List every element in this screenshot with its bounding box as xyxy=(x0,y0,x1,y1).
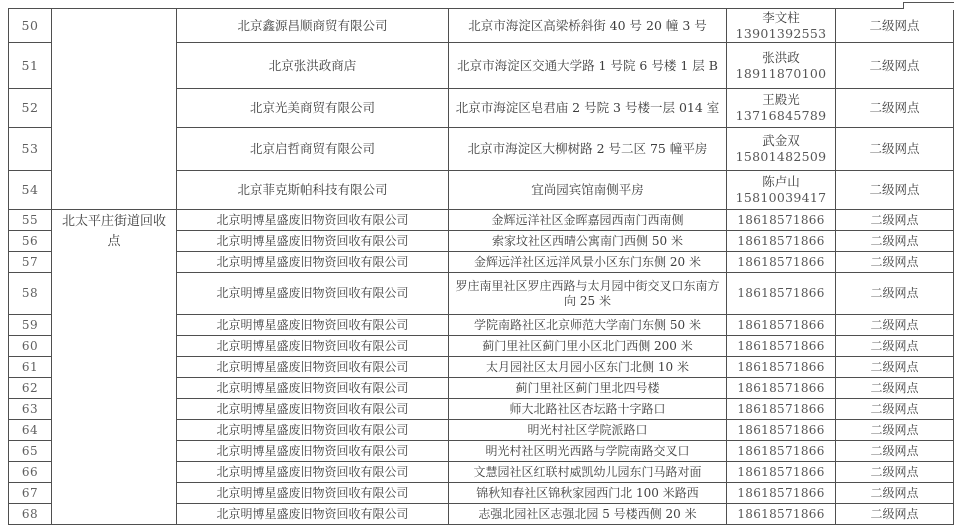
contact-phone-cell: 18618571866 xyxy=(727,231,836,252)
company-cell: 北京明博星盛废旧物资回收有限公司 xyxy=(177,210,449,231)
contact-name: 张洪政 xyxy=(730,50,832,66)
contact-cell: 李文柱13901392553 xyxy=(727,9,836,43)
row-number-cell: 60 xyxy=(9,336,52,357)
company-cell: 北京明博星盛废旧物资回收有限公司 xyxy=(177,504,449,525)
network-level-cell: 二级网点 xyxy=(836,420,954,441)
recycling-points-table: 50北京鑫源昌顺商贸有限公司北京市海淀区高梁桥斜街 40 号 20 幢 3 号李… xyxy=(8,8,954,525)
contact-name: 陈卢山 xyxy=(730,174,832,190)
address-cell: 明光村社区学院派路口 xyxy=(449,420,727,441)
address-cell: 宜尚园宾馆南侧平房 xyxy=(449,171,727,210)
company-cell: 北京明博星盛废旧物资回收有限公司 xyxy=(177,231,449,252)
category-cell: 北太平庄街道回收点 xyxy=(52,210,177,525)
row-number-cell: 50 xyxy=(9,9,52,43)
row-number-cell: 54 xyxy=(9,171,52,210)
address-cell: 索家坟社区西晴公寓南门西侧 50 米 xyxy=(449,231,727,252)
network-level-cell: 二级网点 xyxy=(836,273,954,315)
contact-phone: 15810039417 xyxy=(730,190,832,206)
company-cell: 北京明博星盛废旧物资回收有限公司 xyxy=(177,420,449,441)
network-level-cell: 二级网点 xyxy=(836,462,954,483)
network-level-cell: 二级网点 xyxy=(836,9,954,43)
table-row: 55北太平庄街道回收点北京明博星盛废旧物资回收有限公司金辉远洋社区金晖嘉园西南门… xyxy=(9,210,954,231)
contact-phone: 15801482509 xyxy=(730,149,832,165)
address-cell: 北京市海淀区皂君庙 2 号院 3 号楼一层 014 室 xyxy=(449,89,727,128)
contact-phone-cell: 18618571866 xyxy=(727,483,836,504)
table-body: 50北京鑫源昌顺商贸有限公司北京市海淀区高梁桥斜街 40 号 20 幢 3 号李… xyxy=(9,9,954,525)
row-number-cell: 62 xyxy=(9,378,52,399)
network-level-cell: 二级网点 xyxy=(836,483,954,504)
company-cell: 北京菲克斯帕科技有限公司 xyxy=(177,171,449,210)
contact-phone-cell: 18618571866 xyxy=(727,273,836,315)
company-cell: 北京明博星盛废旧物资回收有限公司 xyxy=(177,336,449,357)
network-level-cell: 二级网点 xyxy=(836,43,954,89)
network-level-cell: 二级网点 xyxy=(836,315,954,336)
contact-cell: 武金双15801482509 xyxy=(727,128,836,171)
address-cell: 北京市海淀区大柳树路 2 号二区 75 幢平房 xyxy=(449,128,727,171)
contact-phone-cell: 18618571866 xyxy=(727,420,836,441)
network-level-cell: 二级网点 xyxy=(836,441,954,462)
address-cell: 北京市海淀区交通大学路 1 号院 6 号楼 1 层 B xyxy=(449,43,727,89)
address-cell: 蓟门里社区蓟门里北四号楼 xyxy=(449,378,727,399)
contact-name: 武金双 xyxy=(730,133,832,149)
address-cell: 北京市海淀区高梁桥斜街 40 号 20 幢 3 号 xyxy=(449,9,727,43)
network-level-cell: 二级网点 xyxy=(836,231,954,252)
contact-phone-cell: 18618571866 xyxy=(727,504,836,525)
row-number-cell: 57 xyxy=(9,252,52,273)
top-border-gap-cover xyxy=(903,7,954,10)
row-number-cell: 53 xyxy=(9,128,52,171)
company-cell: 北京明博星盛废旧物资回收有限公司 xyxy=(177,273,449,315)
contact-name: 王殿光 xyxy=(730,92,832,108)
network-level-cell: 二级网点 xyxy=(836,171,954,210)
company-cell: 北京明博星盛废旧物资回收有限公司 xyxy=(177,399,449,420)
address-cell: 太月园社区太月园小区东门北侧 10 米 xyxy=(449,357,727,378)
contact-phone-cell: 18618571866 xyxy=(727,462,836,483)
network-level-cell: 二级网点 xyxy=(836,252,954,273)
network-level-cell: 二级网点 xyxy=(836,210,954,231)
contact-phone-cell: 18618571866 xyxy=(727,357,836,378)
address-cell: 志强北园社区志强北园 5 号楼西侧 20 米 xyxy=(449,504,727,525)
network-level-cell: 二级网点 xyxy=(836,504,954,525)
contact-phone-cell: 18618571866 xyxy=(727,399,836,420)
row-number-cell: 58 xyxy=(9,273,52,315)
row-number-cell: 59 xyxy=(9,315,52,336)
table-row: 50北京鑫源昌顺商贸有限公司北京市海淀区高梁桥斜街 40 号 20 幢 3 号李… xyxy=(9,9,954,43)
network-level-cell: 二级网点 xyxy=(836,357,954,378)
address-cell: 文慧园社区红联村威凯幼儿园东门马路对面 xyxy=(449,462,727,483)
company-cell: 北京张洪政商店 xyxy=(177,43,449,89)
contact-phone-cell: 18618571866 xyxy=(727,210,836,231)
contact-phone-cell: 18618571866 xyxy=(727,441,836,462)
address-cell: 锦秋知春社区锦秋家园西门北 100 米路西 xyxy=(449,483,727,504)
address-cell: 金辉远洋社区远洋风景小区东门东侧 20 米 xyxy=(449,252,727,273)
category-cell-upper xyxy=(52,9,177,210)
company-cell: 北京明博星盛废旧物资回收有限公司 xyxy=(177,441,449,462)
row-number-cell: 64 xyxy=(9,420,52,441)
row-number-cell: 55 xyxy=(9,210,52,231)
company-cell: 北京明博星盛废旧物资回收有限公司 xyxy=(177,378,449,399)
contact-cell: 张洪政18911870100 xyxy=(727,43,836,89)
address-cell: 罗庄南里社区罗庄西路与太月园中街交叉口东南方向 25 米 xyxy=(449,273,727,315)
company-cell: 北京明博星盛废旧物资回收有限公司 xyxy=(177,483,449,504)
contact-cell: 陈卢山15810039417 xyxy=(727,171,836,210)
address-cell: 学院南路社区北京师范大学南门东侧 50 米 xyxy=(449,315,727,336)
row-number-cell: 61 xyxy=(9,357,52,378)
cropped-row-border-vertical xyxy=(903,2,904,9)
cropped-row-border-horizontal xyxy=(903,2,954,3)
row-number-cell: 52 xyxy=(9,89,52,128)
address-cell: 金辉远洋社区金晖嘉园西南门西南侧 xyxy=(449,210,727,231)
network-level-cell: 二级网点 xyxy=(836,128,954,171)
network-level-cell: 二级网点 xyxy=(836,378,954,399)
contact-phone: 13901392553 xyxy=(730,26,832,42)
contact-phone: 18911870100 xyxy=(730,66,832,82)
row-number-cell: 67 xyxy=(9,483,52,504)
row-number-cell: 68 xyxy=(9,504,52,525)
contact-name: 李文柱 xyxy=(730,10,832,26)
contact-phone-cell: 18618571866 xyxy=(727,252,836,273)
row-number-cell: 56 xyxy=(9,231,52,252)
network-level-cell: 二级网点 xyxy=(836,399,954,420)
company-cell: 北京光美商贸有限公司 xyxy=(177,89,449,128)
network-level-cell: 二级网点 xyxy=(836,89,954,128)
contact-phone: 13716845789 xyxy=(730,108,832,124)
page: 50北京鑫源昌顺商贸有限公司北京市海淀区高梁桥斜街 40 号 20 幢 3 号李… xyxy=(0,0,965,526)
row-number-cell: 51 xyxy=(9,43,52,89)
company-cell: 北京明博星盛废旧物资回收有限公司 xyxy=(177,315,449,336)
company-cell: 北京明博星盛废旧物资回收有限公司 xyxy=(177,462,449,483)
row-number-cell: 65 xyxy=(9,441,52,462)
address-cell: 师大北路社区杏坛路十字路口 xyxy=(449,399,727,420)
company-cell: 北京启哲商贸有限公司 xyxy=(177,128,449,171)
contact-phone-cell: 18618571866 xyxy=(727,378,836,399)
contact-phone-cell: 18618571866 xyxy=(727,336,836,357)
company-cell: 北京明博星盛废旧物资回收有限公司 xyxy=(177,252,449,273)
company-cell: 北京鑫源昌顺商贸有限公司 xyxy=(177,9,449,43)
row-number-cell: 63 xyxy=(9,399,52,420)
contact-phone-cell: 18618571866 xyxy=(727,315,836,336)
address-cell: 蓟门里社区蓟门里小区北门西侧 200 米 xyxy=(449,336,727,357)
network-level-cell: 二级网点 xyxy=(836,336,954,357)
address-cell: 明光村社区明光西路与学院南路交叉口 xyxy=(449,441,727,462)
row-number-cell: 66 xyxy=(9,462,52,483)
contact-cell: 王殿光13716845789 xyxy=(727,89,836,128)
company-cell: 北京明博星盛废旧物资回收有限公司 xyxy=(177,357,449,378)
